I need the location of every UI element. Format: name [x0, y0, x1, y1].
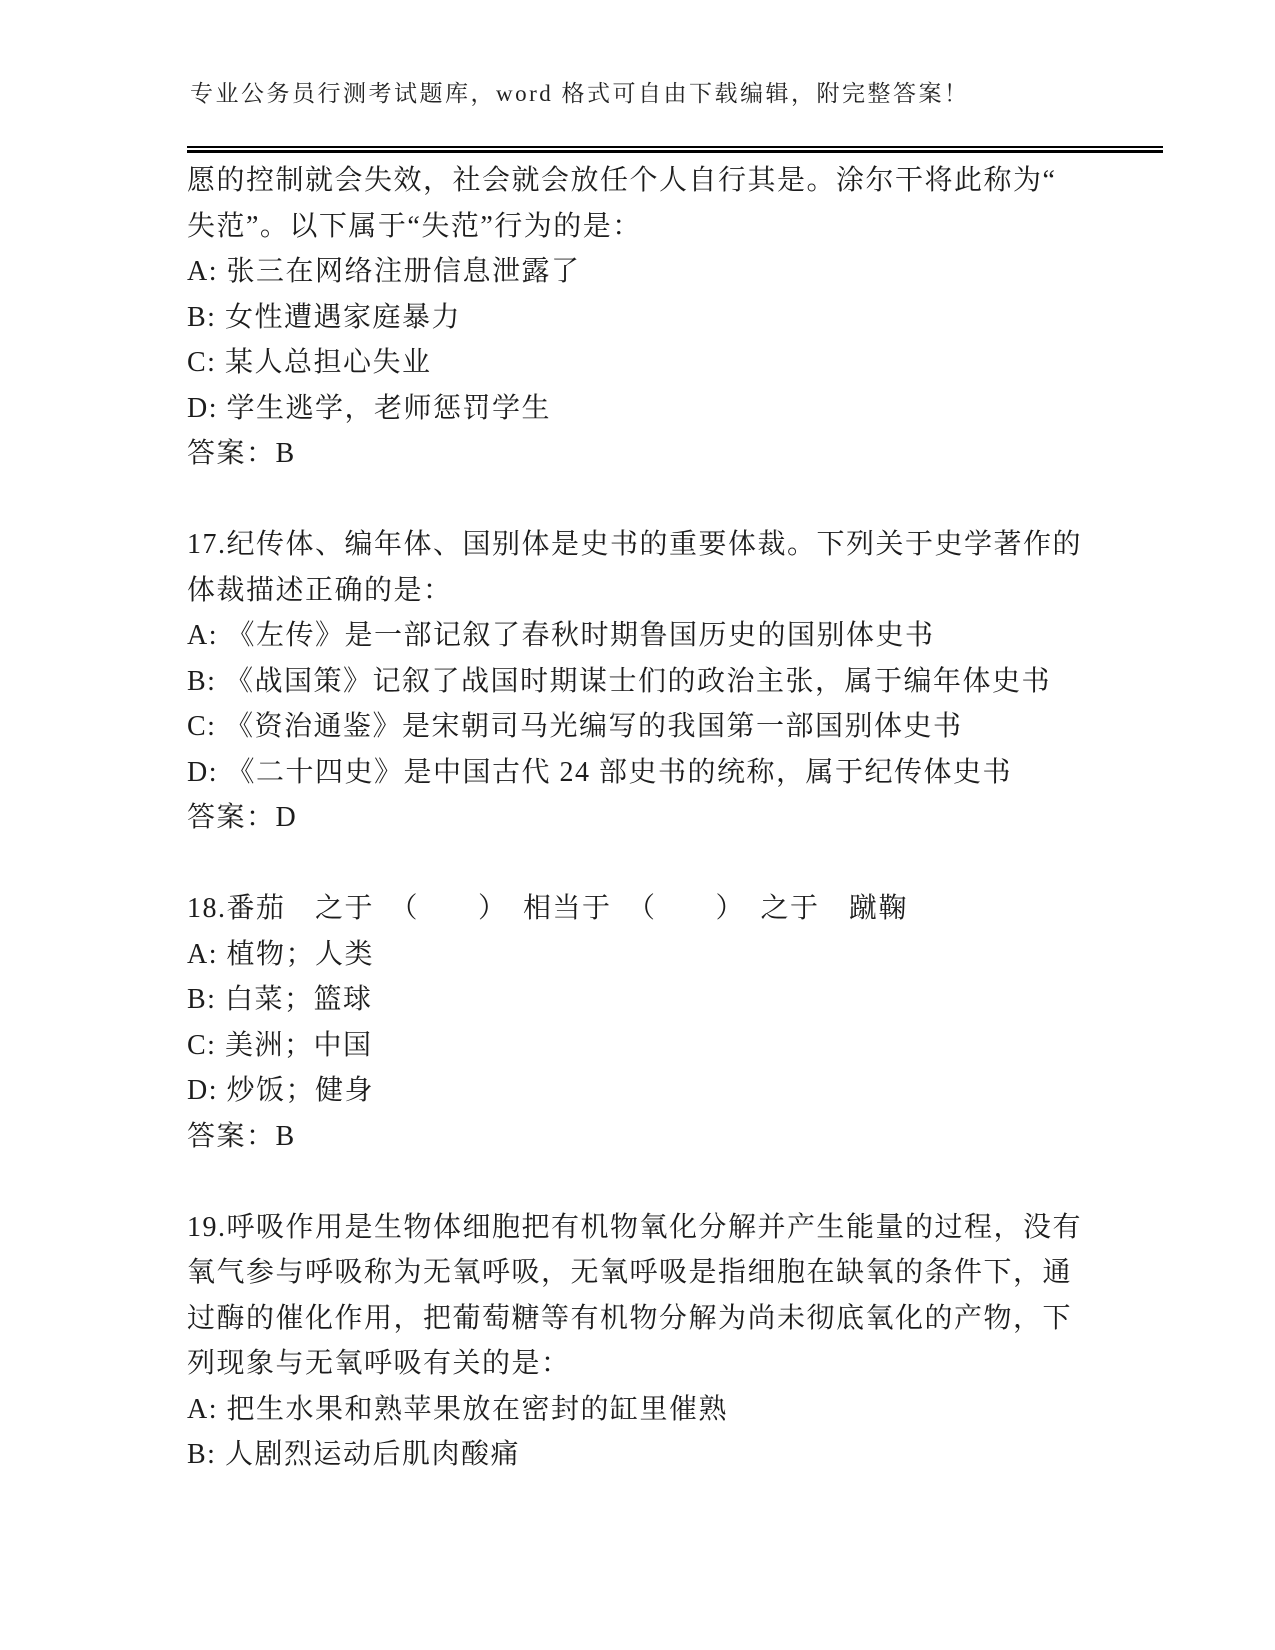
question-17-option-d: D: 《二十四史》是中国古代 24 部史书的统称，属于纪传体史书 — [187, 750, 1187, 796]
question-19-option-b: B: 人剧烈运动后肌肉酸痛 — [187, 1432, 1187, 1478]
question-16-option-b: B: 女性遭遇家庭暴力 — [187, 295, 1187, 341]
question-16-stem-line-2: 失范”。以下属于“失范”行为的是： — [187, 204, 1187, 250]
question-18-option-b: B: 白菜；篮球 — [187, 977, 1187, 1023]
question-16-partial: 愿的控制就会失效，社会就会放任个人自行其是。涂尔干将此称为“ 失范”。以下属于“… — [187, 158, 1187, 477]
question-16-option-d: D: 学生逃学，老师惩罚学生 — [187, 386, 1187, 432]
question-18-stem-line-1: 18.番茄 之于 （ ） 相当于 （ ） 之于 蹴鞠 — [187, 886, 1187, 932]
blank-line — [187, 841, 1187, 887]
question-18: 18.番茄 之于 （ ） 相当于 （ ） 之于 蹴鞠 A: 植物；人类 B: 白… — [187, 886, 1187, 1159]
question-16-stem-line-1: 愿的控制就会失效，社会就会放任个人自行其是。涂尔干将此称为“ — [187, 158, 1187, 204]
question-18-option-d: D: 炒饭；健身 — [187, 1068, 1187, 1114]
question-18-option-c: C: 美洲；中国 — [187, 1023, 1187, 1069]
question-17-option-c: C: 《资治通鉴》是宋朝司马光编写的我国第一部国别体史书 — [187, 704, 1187, 750]
question-16-option-c: C: 某人总担心失业 — [187, 340, 1187, 386]
question-16-option-a: A: 张三在网络注册信息泄露了 — [187, 249, 1187, 295]
question-19-stem-line-1: 19.呼吸作用是生物体细胞把有机物氧化分解并产生能量的过程，没有 — [187, 1205, 1187, 1251]
question-16-answer: 答案：B — [187, 431, 1187, 477]
question-18-answer: 答案：B — [187, 1114, 1187, 1160]
blank-line — [187, 1159, 1187, 1205]
question-17-stem-line-1: 17.纪传体、编年体、国别体是史书的重要体裁。下列关于史学著作的 — [187, 522, 1187, 568]
question-18-option-a: A: 植物；人类 — [187, 932, 1187, 978]
question-17-option-b: B: 《战国策》记叙了战国时期谋士们的政治主张，属于编年体史书 — [187, 659, 1187, 705]
document-header: 专业公务员行测考试题库，word 格式可自由下载编辑，附完整答案！ — [190, 80, 970, 108]
question-17-stem-line-2: 体裁描述正确的是： — [187, 568, 1187, 614]
question-19-stem-line-2: 氧气参与呼吸称为无氧呼吸，无氧呼吸是指细胞在缺氧的条件下，通 — [187, 1250, 1187, 1296]
document-body: 愿的控制就会失效，社会就会放任个人自行其是。涂尔干将此称为“ 失范”。以下属于“… — [187, 158, 1187, 1478]
question-19-stem-line-4: 列现象与无氧呼吸有关的是： — [187, 1341, 1187, 1387]
question-17: 17.纪传体、编年体、国别体是史书的重要体裁。下列关于史学著作的 体裁描述正确的… — [187, 522, 1187, 841]
question-19-option-a: A: 把生水果和熟苹果放在密封的缸里催熟 — [187, 1387, 1187, 1433]
blank-line — [187, 477, 1187, 523]
question-17-option-a: A: 《左传》是一部记叙了春秋时期鲁国历史的国别体史书 — [187, 613, 1187, 659]
question-17-answer: 答案：D — [187, 795, 1187, 841]
question-19-stem-line-3: 过酶的催化作用，把葡萄糖等有机物分解为尚未彻底氧化的产物，下 — [187, 1296, 1187, 1342]
question-19-partial: 19.呼吸作用是生物体细胞把有机物氧化分解并产生能量的过程，没有 氧气参与呼吸称… — [187, 1205, 1187, 1478]
header-divider-rule — [187, 146, 1163, 153]
